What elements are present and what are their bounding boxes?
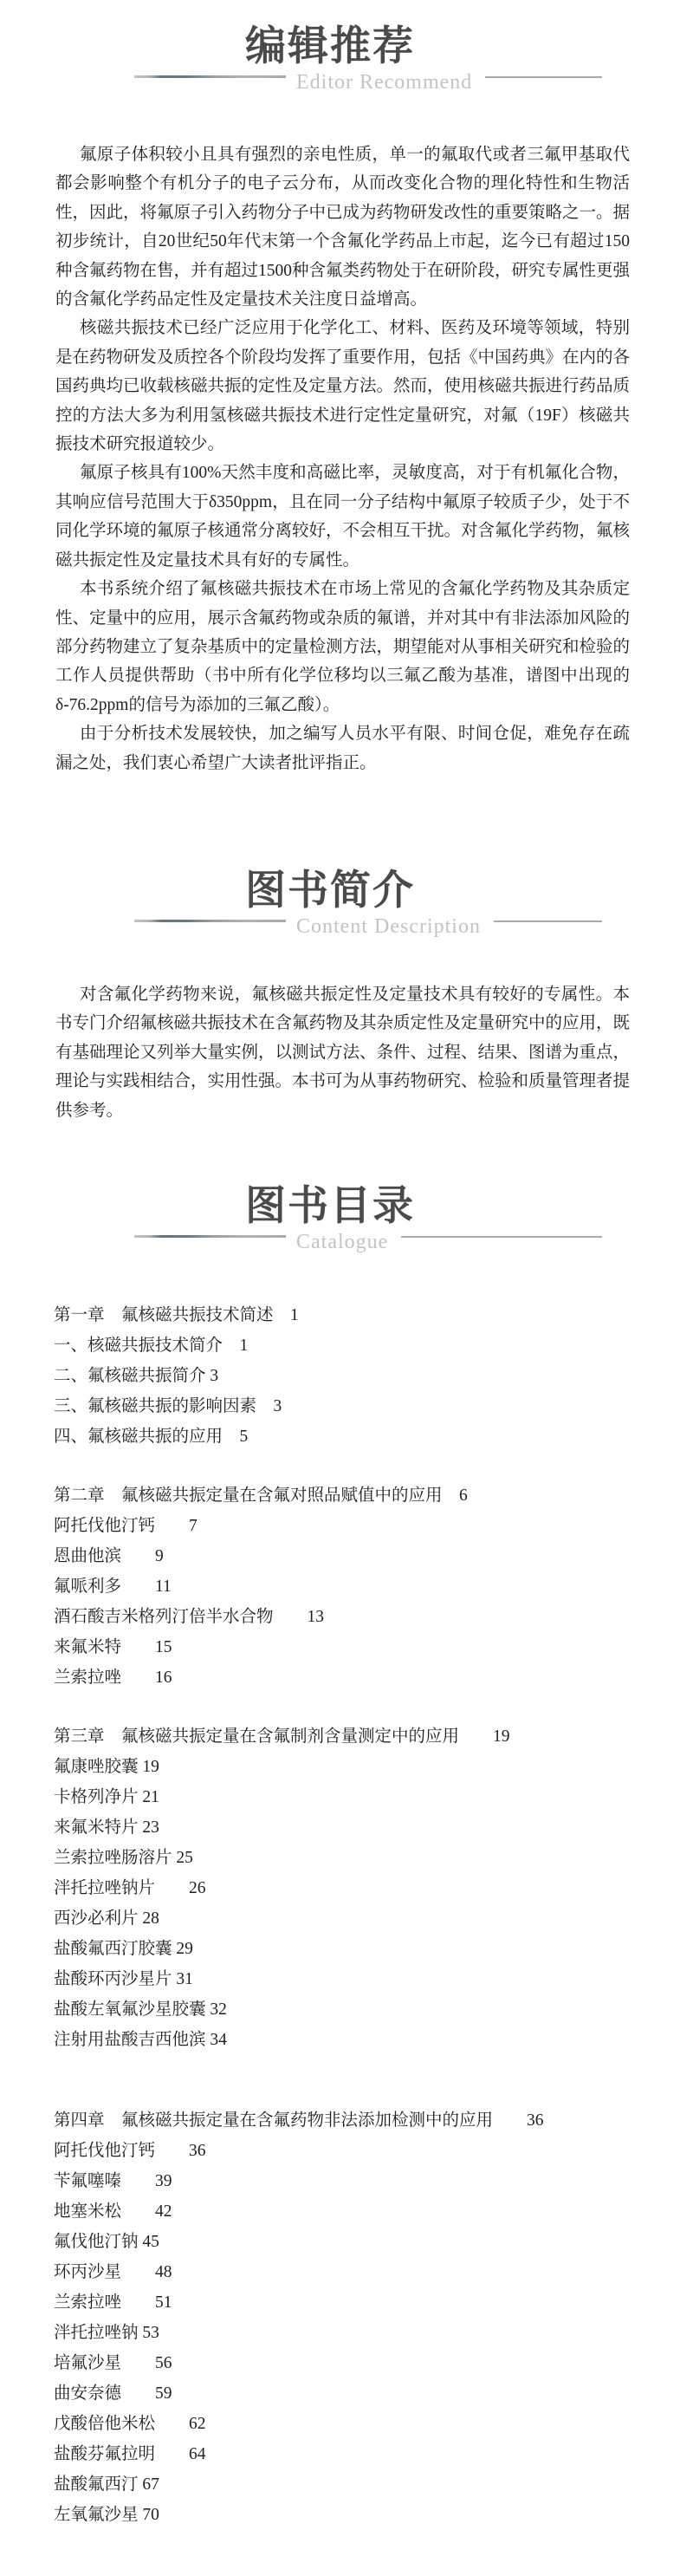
toc-chapter-heading: 第一章 氟核磁共振技术简述 1 bbox=[54, 1300, 651, 1330]
toc-item: 曲安奈德 59 bbox=[54, 2378, 651, 2409]
toc-item: 兰索拉唑 16 bbox=[54, 1662, 651, 1693]
paragraph: 本书系统介绍了氟核磁共振技术在市场上常见的含氟化学药物及其杂质定性、定量中的应用… bbox=[55, 575, 630, 719]
toc-item: 注射用盐酸吉西他滨 34 bbox=[54, 2025, 651, 2055]
divider-line-right bbox=[485, 76, 602, 78]
toc-item: 盐酸氟西汀 67 bbox=[54, 2469, 651, 2500]
toc-item: 氟康唑胶囊 19 bbox=[54, 1752, 651, 1782]
toc-item: 泮托拉唑钠片 26 bbox=[54, 1873, 651, 1903]
section-title-description: 图书简介 bbox=[0, 868, 677, 912]
toc-item: 盐酸环丙沙星片 31 bbox=[54, 1964, 651, 1994]
table-of-contents: 第一章 氟核磁共振技术简述 1 一、核磁共振技术简介 1 二、氟核磁共振简介 3… bbox=[54, 1300, 651, 2530]
section-header-editor: 编辑推荐 Editor Recommend bbox=[0, 0, 693, 97]
section-subtitle-catalogue: Catalogue bbox=[296, 1229, 388, 1255]
toc-chapter-heading: 第四章 氟核磁共振定量在含氟药物非法添加检测中的应用 36 bbox=[54, 2105, 651, 2136]
toc-item: 氟伐他汀钠 45 bbox=[54, 2227, 651, 2257]
toc-item: 来氟米特片 23 bbox=[54, 1812, 651, 1843]
toc-item: 西沙必利片 28 bbox=[54, 1903, 651, 1934]
toc-item: 氟哌利多 11 bbox=[54, 1571, 651, 1602]
section-subtitle-row-description: Content Description bbox=[134, 914, 602, 941]
toc-item: 兰索拉唑 51 bbox=[54, 2287, 651, 2318]
section-header-catalogue: 图书目录 Catalogue bbox=[0, 1184, 693, 1257]
toc-chapter-heading: 第三章 氟核磁共振定量在含氟制剂含量测定中的应用 19 bbox=[54, 1721, 651, 1752]
toc-item: 盐酸左氧氟沙星胶囊 32 bbox=[54, 1994, 651, 2025]
toc-item: 来氟米特 15 bbox=[54, 1632, 651, 1662]
section-subtitle-row-editor: Editor Recommend bbox=[134, 69, 602, 97]
section-title-editor: 编辑推荐 bbox=[0, 24, 677, 68]
section-subtitle-row-catalogue: Catalogue bbox=[134, 1229, 602, 1257]
toc-item: 兰索拉唑肠溶片 25 bbox=[54, 1843, 651, 1873]
toc-item: 盐酸氟西汀胶囊 29 bbox=[54, 1934, 651, 1964]
toc-item: 四、氟核磁共振的应用 5 bbox=[54, 1421, 651, 1452]
toc-item: 阿托伐他汀钙 7 bbox=[54, 1511, 651, 1541]
toc-item: 戊酸倍他米松 62 bbox=[54, 2409, 651, 2439]
section-header-description: 图书简介 Content Description bbox=[0, 868, 693, 941]
toc-item: 盐酸芬氟拉明 64 bbox=[54, 2439, 651, 2469]
toc-item: 泮托拉唑钠 53 bbox=[54, 2318, 651, 2348]
toc-item: 苄氟噻嗪 39 bbox=[54, 2166, 651, 2196]
editor-paragraphs: 氟原子体积较小且具有强烈的亲电性质，单一的氟取代或者三氟甲基取代都会影响整个有机… bbox=[55, 140, 630, 777]
section-title-catalogue: 图书目录 bbox=[0, 1184, 677, 1227]
divider-line-left bbox=[134, 1235, 286, 1238]
toc-item: 卡格列净片 21 bbox=[54, 1782, 651, 1812]
divider-line-left bbox=[134, 75, 286, 78]
toc-item: 二、氟核磁共振简介 3 bbox=[54, 1361, 651, 1391]
paragraph: 对含氟化学药物来说，氟核磁共振定性及定量技术具有较好的专属性。本书专门介绍氟核磁… bbox=[55, 980, 630, 1125]
toc-item: 恩曲他滨 9 bbox=[54, 1541, 651, 1571]
description-paragraphs: 对含氟化学药物来说，氟核磁共振定性及定量技术具有较好的专属性。本书专门介绍氟核磁… bbox=[55, 980, 630, 1125]
paragraph: 氟原子体积较小且具有强烈的亲电性质，单一的氟取代或者三氟甲基取代都会影响整个有机… bbox=[55, 140, 630, 314]
toc-chapter-heading: 第二章 氟核磁共振定量在含氟对照品赋值中的应用 6 bbox=[54, 1480, 651, 1511]
toc-item: 三、氟核磁共振的影响因素 3 bbox=[54, 1391, 651, 1421]
divider-line-right bbox=[494, 920, 602, 922]
paragraph: 由于分析技术发展较快，加之编写人员水平有限、时间仓促，难免存在疏漏之处，我们衷心… bbox=[55, 719, 630, 777]
section-subtitle-description: Content Description bbox=[296, 914, 481, 940]
toc-item: 培氟沙星 56 bbox=[54, 2348, 651, 2378]
divider-line-right bbox=[401, 1236, 602, 1238]
toc-item: 左氧氟沙星 70 bbox=[54, 2500, 651, 2530]
toc-item: 地塞米松 42 bbox=[54, 2196, 651, 2227]
section-subtitle-editor: Editor Recommend bbox=[296, 69, 472, 95]
paragraph: 核磁共振技术已经广泛应用于化学化工、材料、医药及环境等领域，特别是在药物研发及质… bbox=[55, 314, 630, 459]
toc-item: 环丙沙星 48 bbox=[54, 2257, 651, 2287]
page: 编辑推荐 Editor Recommend 氟原子体积较小且具有强烈的亲电性质，… bbox=[0, 0, 693, 2576]
paragraph: 氟原子核具有100%天然丰度和高磁比率，灵敏度高，对于有机氟化合物，其响应信号范… bbox=[55, 459, 630, 575]
toc-item: 阿托伐他汀钙 36 bbox=[54, 2136, 651, 2166]
divider-line-left bbox=[134, 920, 286, 922]
toc-item: 酒石酸吉米格列汀倍半水合物 13 bbox=[54, 1602, 651, 1632]
toc-item: 一、核磁共振技术简介 1 bbox=[54, 1330, 651, 1361]
